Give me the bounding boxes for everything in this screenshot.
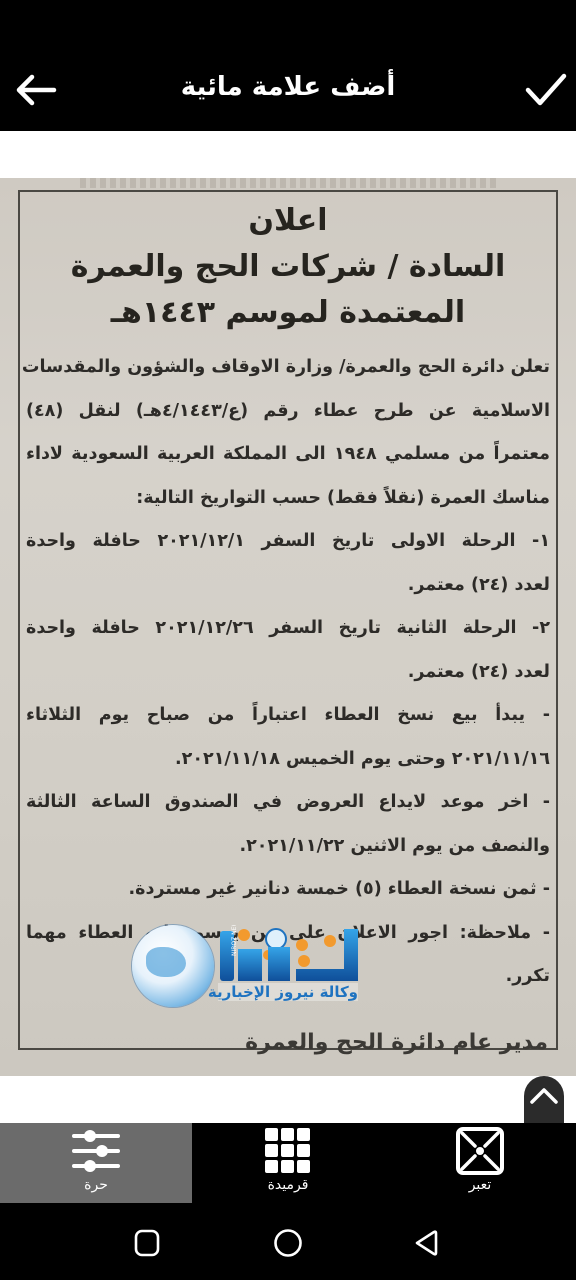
svg-text:NIROZ NEWS: NIROZ NEWS bbox=[231, 925, 238, 956]
body-line: - يبدأ بيع نسخ العطاء اعتباراً من صباح ي… bbox=[26, 694, 550, 738]
body-line: لعدد (٢٤) معتمر. bbox=[26, 651, 550, 695]
body-line: لعدد (٢٤) معتمر. bbox=[26, 564, 550, 608]
body-line: مناسك العمرة (نقلاً فقط) حسب التواريخ ال… bbox=[26, 477, 550, 521]
tab-label: قرميدة bbox=[192, 1177, 384, 1193]
tab-label: حرة bbox=[0, 1177, 192, 1193]
diagonal-cross-icon bbox=[456, 1127, 504, 1175]
body-line: ٢٠٢١/١١/١٦ وحتى يوم الخميس ٢٠٢١/١١/١٨. bbox=[26, 738, 550, 782]
body-line: ١- الرحلة الاولى تاريخ السفر ٢٠٢١/١٢/١ ح… bbox=[26, 520, 550, 564]
confirm-button[interactable] bbox=[522, 68, 570, 112]
body-line: - اخر موعد لايداع العروض في الصندوق السا… bbox=[26, 781, 550, 825]
circle-icon bbox=[270, 1225, 306, 1261]
page-title: أضف علامة مائية bbox=[0, 72, 576, 102]
body-line: الاسلامية عن طرح عطاء رقم (ع/٤/١٤٤٣هـ) ل… bbox=[26, 390, 550, 434]
tab-label: تعبر bbox=[384, 1177, 576, 1193]
tab-free[interactable]: حرة bbox=[0, 1123, 192, 1203]
watermark-logo[interactable]: NIROZ NEWS وكالة نيروز الإخبارية bbox=[132, 923, 362, 1033]
app-header: أضف علامة مائية bbox=[0, 50, 576, 131]
heading-line: المعتمدة لموسم ١٤٤٣هـ bbox=[22, 290, 554, 336]
system-nav-bar bbox=[0, 1203, 576, 1280]
image-canvas: اعلان السادة / شركات الحج والعمرة المعتم… bbox=[0, 131, 576, 1123]
status-bar bbox=[0, 0, 576, 50]
clipped-text-strip bbox=[80, 178, 500, 188]
sliders-icon bbox=[72, 1127, 120, 1175]
heading-line: السادة / شركات الحج والعمرة bbox=[22, 244, 554, 290]
body-line: والنصف من يوم الاثنين ٢٠٢١/١١/٢٢. bbox=[26, 825, 550, 869]
body-line: - ثمن نسخة العطاء (٥) خمسة دنانير غير مس… bbox=[26, 868, 550, 912]
announcement-heading: اعلان السادة / شركات الحج والعمرة المعتم… bbox=[22, 192, 554, 336]
collapse-panel-button[interactable] bbox=[524, 1076, 564, 1123]
square-icon bbox=[130, 1225, 166, 1261]
back-nav-button[interactable] bbox=[408, 1225, 444, 1261]
body-line: معتمراً من مسلمي ١٩٤٨ الى المملكة العربي… bbox=[26, 433, 550, 477]
heading-line: اعلان bbox=[22, 198, 554, 244]
home-button[interactable] bbox=[270, 1225, 306, 1261]
checkmark-icon bbox=[522, 68, 570, 112]
tab-tile[interactable]: قرميدة bbox=[192, 1123, 384, 1203]
triangle-back-icon bbox=[408, 1225, 444, 1261]
watermark-tagline: وكالة نيروز الإخبارية bbox=[218, 983, 358, 1001]
tab-cross[interactable]: تعبر bbox=[384, 1123, 576, 1203]
body-line: ٢- الرحلة الثانية تاريخ السفر ٢٠٢١/١٢/٢٦… bbox=[26, 607, 550, 651]
recents-button[interactable] bbox=[130, 1225, 166, 1261]
nairouz-logo-icon: NIROZ NEWS bbox=[218, 925, 360, 983]
announcement-body: تعلن دائرة الحج والعمرة/ وزارة الاوقاف و… bbox=[22, 346, 554, 999]
body-line: تعلن دائرة الحج والعمرة/ وزارة الاوقاف و… bbox=[26, 346, 550, 390]
grid-icon bbox=[264, 1127, 312, 1175]
chevron-up-icon bbox=[524, 1076, 564, 1116]
document-photo: اعلان السادة / شركات الحج والعمرة المعتم… bbox=[0, 178, 576, 1076]
globe-icon bbox=[132, 925, 214, 1007]
watermark-mode-toolbar: حرة قرميدة تعبر bbox=[0, 1123, 576, 1203]
